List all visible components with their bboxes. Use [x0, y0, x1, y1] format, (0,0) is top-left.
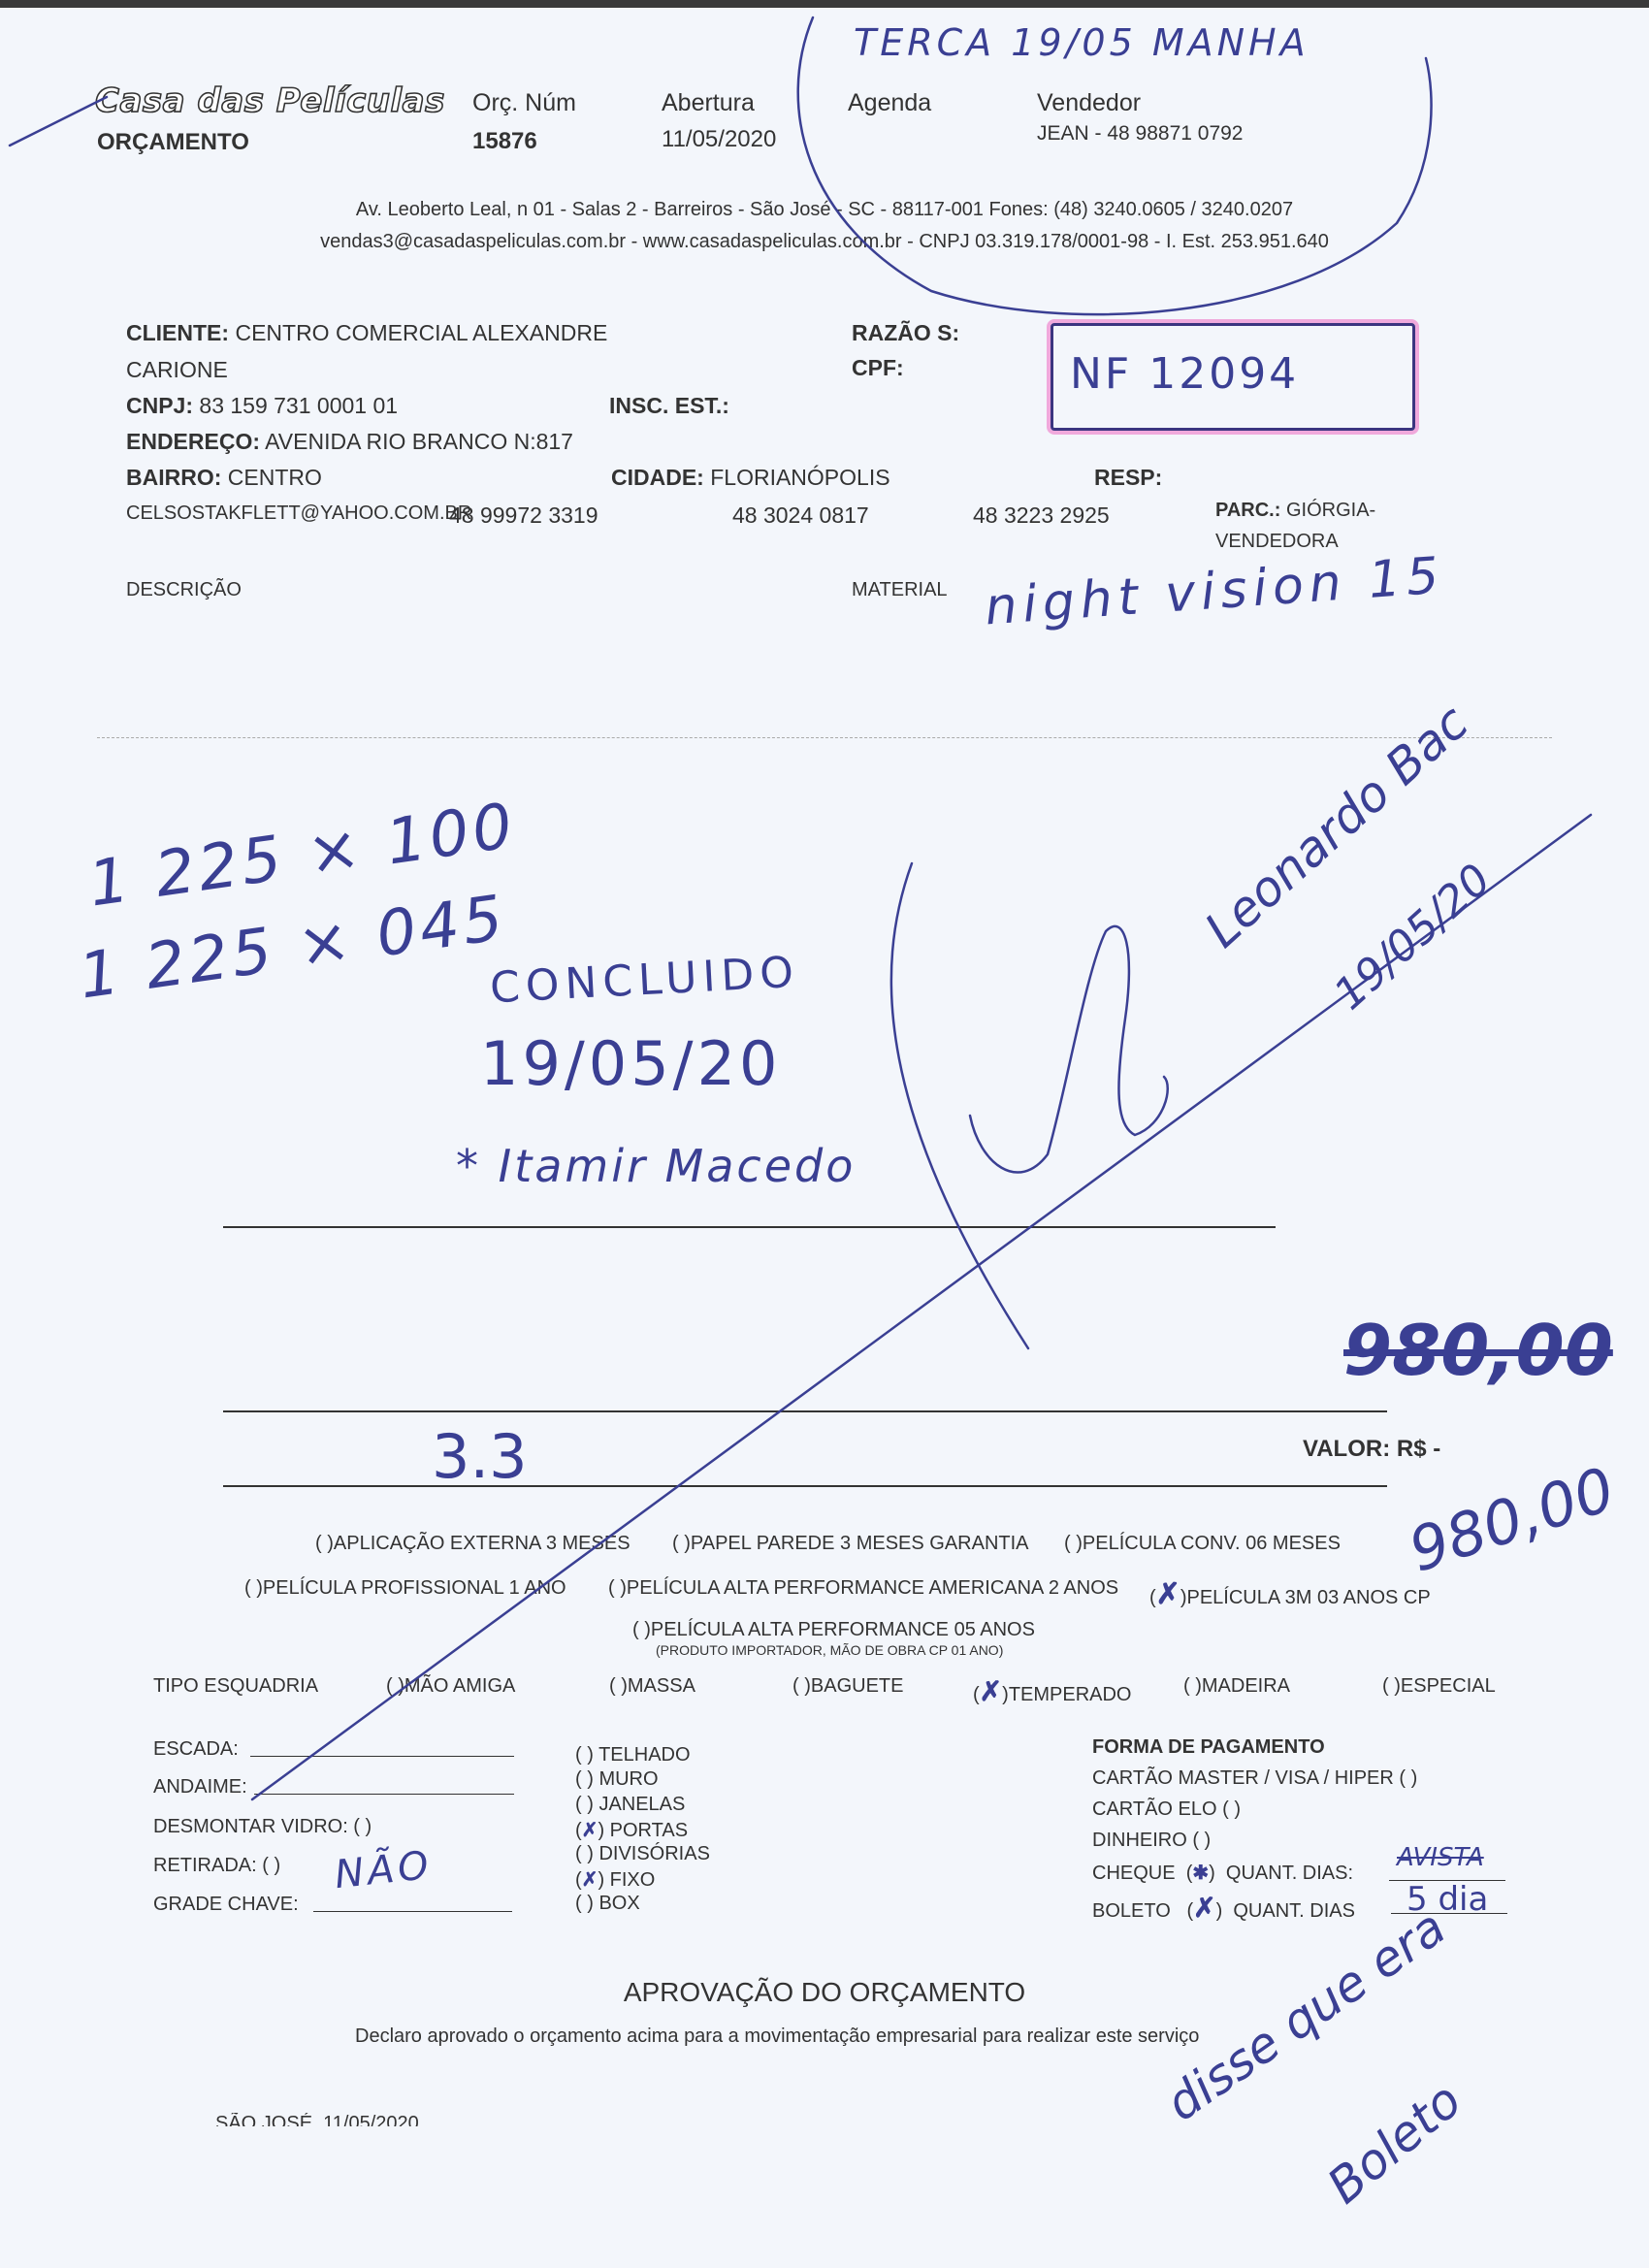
client-email: CELSOSTAKFLETT@YAHOO.COM.BR	[126, 502, 471, 525]
company-contacts: vendas3@casadaspeliculas.com.br - www.ca…	[0, 231, 1649, 253]
vendedor-value: JEAN - 48 98871 0792	[1037, 122, 1243, 146]
andaime-label: ANDAIME:	[153, 1776, 247, 1798]
valor-struck-handwritten: 980,00	[1343, 1310, 1613, 1391]
insc-label: INSC. EST.:	[609, 393, 729, 419]
option-pelicula-alta-performance[interactable]: ( )PELÍCULA ALTA PERFORMANCE 05 ANOS	[632, 1619, 1035, 1641]
option-pelicula-americana[interactable]: ( )PELÍCULA ALTA PERFORMANCE AMERICANA 2…	[608, 1577, 1118, 1600]
approval-text: Declaro aprovado o orçamento acima para …	[355, 2025, 1199, 2048]
option-label: PELÍCULA CONV. 06 MESES	[1083, 1533, 1341, 1554]
doc-type: ORÇAMENTO	[97, 129, 249, 156]
location-label: MURO	[598, 1768, 658, 1790]
location-muro[interactable]: ( ) MURO	[575, 1768, 659, 1791]
location-fixo[interactable]: (✗) FIXO	[575, 1867, 655, 1892]
payment-cartao[interactable]: CARTÃO MASTER / VISA / HIPER ( )	[1092, 1767, 1417, 1790]
esquadria-item-label: ESPECIAL	[1401, 1675, 1496, 1697]
option-papel-parede[interactable]: ( )PAPEL PAREDE 3 MESES GARANTIA	[672, 1533, 1029, 1555]
cnpj-label: CNPJ:	[126, 393, 193, 418]
location-box[interactable]: ( ) BOX	[575, 1893, 640, 1915]
option-label: PELÍCULA ALTA PERFORMANCE AMERICANA 2 AN…	[627, 1577, 1118, 1599]
endereco-label: ENDEREÇO:	[126, 429, 260, 454]
material-handwritten: night vision 15	[983, 547, 1446, 637]
valor-label: VALOR: R$ -	[1303, 1436, 1440, 1463]
location-janelas[interactable]: ( ) JANELAS	[575, 1794, 685, 1816]
esquadria-item-label: BAGUETE	[811, 1675, 904, 1697]
payment-dinheiro[interactable]: DINHEIRO ( )	[1092, 1830, 1211, 1852]
location-portas[interactable]: (✗) PORTAS	[575, 1818, 688, 1842]
check-mark-icon: ✗	[1156, 1578, 1180, 1610]
concluido-date-handwritten: 19/05/20	[480, 1028, 781, 1099]
check-mark-icon: ✗	[1193, 1893, 1215, 1923]
cliente-value-line2: CARIONE	[126, 357, 228, 383]
esquadria-massa[interactable]: ( )MASSA	[609, 1675, 695, 1698]
option-label: PELÍCULA 3M 03 ANOS CP	[1186, 1587, 1430, 1608]
cliente-label: CLIENTE:	[126, 320, 229, 345]
agenda-handwritten: TERCA 19/05 MANHA	[854, 21, 1309, 64]
esquadria-madeira[interactable]: ( )MADEIRA	[1183, 1675, 1290, 1698]
description-divider	[97, 737, 1552, 739]
escada-field[interactable]	[250, 1756, 514, 1757]
valor-line-top	[223, 1410, 1387, 1412]
cnpj-field: CNPJ: 83 159 731 0001 01	[126, 393, 398, 419]
parc-label: PARC.:	[1215, 500, 1280, 521]
check-mark-icon: ✗	[582, 1869, 598, 1891]
resp-label: RESP:	[1094, 465, 1162, 491]
orc-num-value: 15876	[472, 128, 537, 155]
payment-elo[interactable]: CARTÃO ELO ( )	[1092, 1798, 1241, 1821]
desmontar-vidro[interactable]: DESMONTAR VIDRO: ( )	[153, 1816, 372, 1838]
endereco-value: AVENIDA RIO BRANCO N:817	[265, 429, 573, 454]
endereco-field: ENDEREÇO: AVENIDA RIO BRANCO N:817	[126, 429, 573, 455]
brand-logo: Casa das Películas	[95, 81, 445, 120]
options-note: (PRODUTO IMPORTADOR, MÃO DE OBRA CP 01 A…	[656, 1642, 1003, 1658]
esquadria-temperado[interactable]: (✗)TEMPERADO	[973, 1675, 1132, 1707]
scribble-icon: ✱	[1192, 1863, 1209, 1884]
payment-title: FORMA DE PAGAMENTO	[1092, 1736, 1325, 1759]
grade-chave-field[interactable]	[313, 1911, 512, 1912]
location-telhado[interactable]: ( ) TELHADO	[575, 1744, 691, 1766]
escada-label: ESCADA:	[153, 1738, 239, 1761]
esquadria-item-label: MÃO AMIGA	[404, 1675, 515, 1697]
location-label: JANELAS	[598, 1794, 685, 1815]
concluido-handwritten: CONCLUIDO	[489, 948, 800, 1014]
valor-handwritten: 980,00	[1401, 1453, 1623, 1585]
cidade-value: FLORIANÓPOLIS	[710, 465, 889, 490]
abertura-value: 11/05/2020	[662, 126, 776, 153]
esquadria-item-label: TEMPERADO	[1009, 1684, 1132, 1705]
orc-num-label: Orç. Núm	[472, 89, 576, 117]
cheque-dias-scribble: AVISTA	[1397, 1843, 1484, 1872]
bairro-label: BAIRRO:	[126, 465, 221, 490]
bairro-field: BAIRRO: CENTRO	[126, 465, 322, 491]
nao-handwritten: NÃO	[333, 1843, 435, 1897]
razao-label: RAZÃO S:	[852, 320, 959, 346]
payment-cheque[interactable]: CHEQUE (✱) QUANT. DIAS:	[1092, 1861, 1353, 1885]
esquadria-label: TIPO ESQUADRIA	[153, 1675, 318, 1698]
boleto-dias-label: QUANT. DIAS	[1233, 1900, 1355, 1922]
option-label: PAPEL PAREDE 3 MESES GARANTIA	[691, 1533, 1029, 1554]
cheque-label: CHEQUE	[1092, 1863, 1176, 1884]
esquadria-mao-amiga[interactable]: ( )MÃO AMIGA	[386, 1675, 515, 1698]
location-label: TELHADO	[598, 1744, 690, 1766]
option-label: PELÍCULA PROFISSIONAL 1 ANO	[263, 1577, 566, 1599]
cheque-dias-label: QUANT. DIAS:	[1226, 1863, 1353, 1884]
bairro-value: CENTRO	[228, 465, 322, 490]
location-label: PORTAS	[610, 1820, 688, 1841]
cliente-value: CENTRO COMERCIAL ALEXANDRE	[235, 320, 607, 345]
cidade-field: CIDADE: FLORIANÓPOLIS	[611, 465, 890, 491]
scan-border	[0, 0, 1649, 8]
esquadria-especial[interactable]: ( )ESPECIAL	[1382, 1675, 1496, 1698]
esquadria-item-label: MASSA	[628, 1675, 695, 1697]
parc-value: GIÓRGIA-	[1286, 500, 1375, 521]
parc-field: PARC.: GIÓRGIA-	[1215, 500, 1375, 522]
approval-note-line2: Boleto	[1317, 2072, 1472, 2215]
option-pelicula-profissional[interactable]: ( )PELÍCULA PROFISSIONAL 1 ANO	[244, 1577, 566, 1600]
option-pelicula-3m[interactable]: (✗)PELÍCULA 3M 03 ANOS CP	[1149, 1577, 1431, 1611]
vendedor-label: Vendedor	[1037, 89, 1141, 117]
andaime-field[interactable]	[254, 1794, 514, 1795]
esquadria-baguete[interactable]: ( )BAGUETE	[792, 1675, 903, 1698]
agenda-label: Agenda	[848, 89, 931, 117]
grade-chave-label: GRADE CHAVE:	[153, 1894, 299, 1916]
corner-fold-line	[10, 97, 107, 146]
cidade-label: CIDADE:	[611, 465, 704, 490]
option-label: PELÍCULA ALTA PERFORMANCE 05 ANOS	[651, 1619, 1035, 1640]
signature-date-handwritten: 19/05/20	[1325, 855, 1501, 1020]
location-label: DIVISÓRIAS	[598, 1843, 709, 1864]
retirada[interactable]: RETIRADA: ( )	[153, 1855, 280, 1877]
parc-value-line2: VENDEDORA	[1215, 531, 1339, 553]
check-mark-icon: ✗	[582, 1820, 598, 1841]
client-phone-2: 48 3024 0817	[732, 502, 869, 529]
note-underline	[223, 1226, 1276, 1228]
option-pelicula-conv[interactable]: ( )PELÍCULA CONV. 06 MESES	[1064, 1533, 1341, 1555]
cnpj-value: 83 159 731 0001 01	[199, 393, 398, 418]
option-aplicacao-externa[interactable]: ( )APLICAÇÃO EXTERNA 3 MESES	[315, 1533, 630, 1555]
cpf-label: CPF:	[852, 355, 904, 381]
client-phone-3: 48 3223 2925	[973, 502, 1110, 529]
location-label: BOX	[598, 1893, 639, 1914]
check-mark-icon: ✗	[980, 1676, 1002, 1706]
company-address: Av. Leoberto Leal, n 01 - Salas 2 - Barr…	[0, 199, 1649, 221]
descricao-label: DESCRIÇÃO	[126, 579, 242, 601]
option-label: APLICAÇÃO EXTERNA 3 MESES	[334, 1533, 630, 1554]
place-date: SÃO JOSÉ, 11/05/2020	[215, 2113, 419, 2126]
boleto-label: BOLETO	[1092, 1900, 1171, 1922]
location-label: FIXO	[610, 1869, 656, 1891]
note-handwritten: * Itamir Macedo	[456, 1140, 856, 1192]
nf-handwritten: NF 12094	[1070, 349, 1299, 399]
material-label: MATERIAL	[852, 579, 948, 601]
client-phone-1: 48 99972 3319	[449, 502, 598, 529]
esquadria-item-label: MADEIRA	[1202, 1675, 1290, 1697]
cliente-field: CLIENTE: CENTRO COMERCIAL ALEXANDRE	[126, 320, 607, 346]
payment-boleto[interactable]: BOLETO (✗) QUANT. DIAS	[1092, 1892, 1355, 1924]
side-number-handwritten: 3.3	[432, 1421, 528, 1492]
location-divisorias[interactable]: ( ) DIVISÓRIAS	[575, 1843, 710, 1865]
signature-scribble	[891, 863, 1168, 1348]
valor-line-bottom	[223, 1485, 1387, 1487]
abertura-label: Abertura	[662, 89, 755, 117]
